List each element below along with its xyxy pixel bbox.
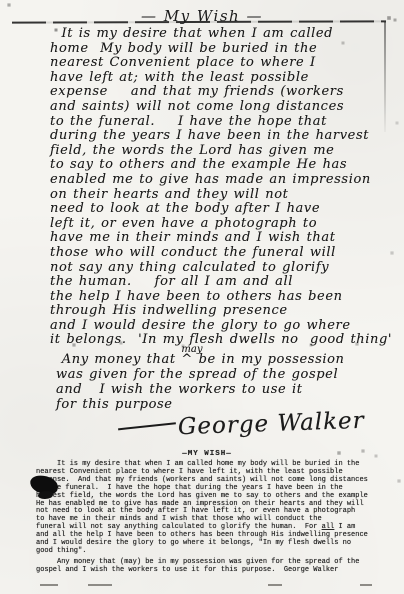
signature: George Walker xyxy=(118,408,365,443)
handwritten-line: those who will conduct the funeral will xyxy=(50,246,398,261)
handwritten-line: field, the words the Lord has given me xyxy=(50,144,398,159)
inserted-word: may^ xyxy=(181,352,193,367)
scan-specks xyxy=(0,0,2,2)
handwritten-line: on their hearts and they will not xyxy=(50,188,398,203)
handwritten-line: home My body will be buried in the xyxy=(50,42,398,57)
typed-lines: It is my desire that when I am called ho… xyxy=(36,461,378,575)
handwritten-line: enabled me to give has made an impressio… xyxy=(50,173,398,188)
handwritten-line: nearest Convenient place to where I xyxy=(50,56,398,71)
scanned-document-page: — My Wish — It is my desire that when I … xyxy=(0,0,404,594)
handwritten-paragraph-1: It is my desire that when I am calledhom… xyxy=(50,27,398,348)
handwritten-line: it belongs. 'In my flesh dwells no good … xyxy=(50,333,398,348)
typed-line: and I would desire the glory to go where… xyxy=(36,540,378,548)
handwritten-line: It is my desire that when I am called xyxy=(50,27,398,42)
pencil-dash xyxy=(88,584,112,586)
pencil-dash xyxy=(40,584,58,586)
handwritten-line: and I wish the workers to use it xyxy=(56,382,396,397)
signature-flourish xyxy=(118,422,176,430)
handwritten-line: expense and that my friends (workers xyxy=(50,85,398,100)
handwritten-line: and I would desire the glory to go where xyxy=(50,319,398,334)
handwritten-line: during the years I have been in the harv… xyxy=(50,129,398,144)
handwritten-paragraph-2: Any money that may^ be in my possessionw… xyxy=(56,352,396,412)
handwritten-line: through His indwelling presence xyxy=(50,304,398,319)
handwritten-line: and saints) will not come long distances xyxy=(50,100,398,115)
handwritten-line: the human. for all I am and all xyxy=(50,275,398,290)
signature-name: George Walker xyxy=(178,408,366,441)
typed-transcription: —MY WISH— It is my desire that when I am… xyxy=(36,450,378,575)
handwritten-line: the help I have been to others has been xyxy=(50,290,398,305)
handwritten-line: have left at; with the least possible xyxy=(50,71,398,86)
handwritten-line: left it, or even have a photograph to xyxy=(50,217,398,232)
handwritten-line: to the funeral. I have the hope that xyxy=(50,115,398,130)
handwritten-line: to say to others and the example He has xyxy=(50,158,398,173)
handwritten-line: Any money that may^ be in my possession xyxy=(56,352,396,367)
handwritten-line: need to look at the body after I have xyxy=(50,202,398,217)
typed-line: good thing". xyxy=(36,548,378,556)
typed-line: gospel and I wish the workers to use it … xyxy=(36,567,378,575)
handwritten-line: have me in their minds and I wish that xyxy=(50,231,398,246)
handwritten-line: was given for the spread of the gospel xyxy=(56,367,396,382)
pencil-dash xyxy=(268,584,282,586)
typed-heading: —MY WISH— xyxy=(36,450,378,458)
handwritten-line: not say any thing calculated to glorify xyxy=(50,261,398,276)
handwritten-title: — My Wish — xyxy=(0,7,404,25)
pencil-dash xyxy=(360,584,372,586)
